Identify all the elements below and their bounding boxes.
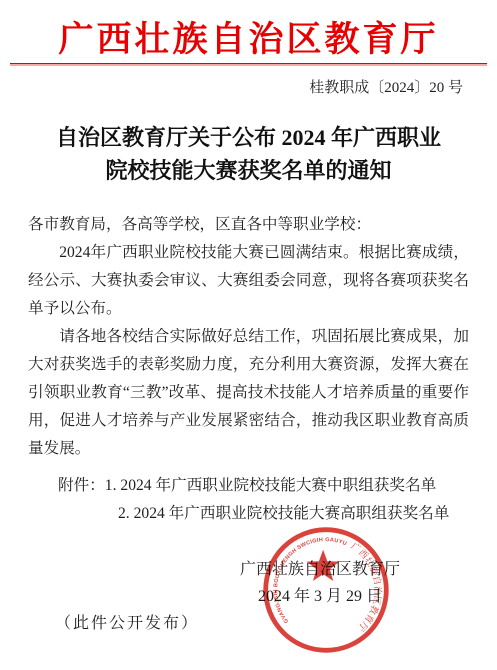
document-body: 各市教育局，各高等学校，区直各中等职业学校： 2024年广西职业院校技能大赛已圆… xyxy=(28,211,469,463)
signature-block: 广西壮族自治区教育厅 2024 年 3 月 29 日 xyxy=(240,556,400,610)
body-paragraph-2: 请各地各校结合实际做好总结工作，巩固拓展比赛成果，加大对获奖选手的表彰奖励力度，… xyxy=(28,323,469,463)
attachments-label: 附件： xyxy=(58,477,105,494)
official-document-page: 广西壮族自治区教育厅 桂教职成〔2024〕20 号 自治区教育厅关于公布 202… xyxy=(0,0,497,670)
attachments-list: 附件：1. 2024 年广西职业院校技能大赛中职组获奖名单 2. 2024 年广… xyxy=(58,472,449,528)
masthead-divider xyxy=(10,63,487,66)
document-title-line2: 院校技能大赛获奖名单的通知 xyxy=(0,154,497,187)
document-title-line1: 自治区教育厅关于公布 2024 年广西职业 xyxy=(0,121,497,154)
public-release-note: （此件公开发布） xyxy=(55,610,199,633)
document-title: 自治区教育厅关于公布 2024 年广西职业 院校技能大赛获奖名单的通知 xyxy=(0,121,497,187)
document-number: 桂教职成〔2024〕20 号 xyxy=(309,76,463,97)
signing-agency: 广西壮族自治区教育厅 xyxy=(240,556,400,583)
masthead-agency-title: 广西壮族自治区教育厅 xyxy=(0,12,497,62)
attachment-item-1: 附件：1. 2024 年广西职业院校技能大赛中职组获奖名单 xyxy=(58,472,449,500)
attachment-item-1-text: 1. 2024 年广西职业院校技能大赛中职组获奖名单 xyxy=(105,477,436,494)
body-paragraph-1: 2024年广西职业院校技能大赛已圆满结束。根据比赛成绩，经公示、大赛执委会审议、… xyxy=(28,239,469,323)
attachment-item-2: 2. 2024 年广西职业院校技能大赛高职组获奖名单 xyxy=(58,500,449,528)
salutation: 各市教育局，各高等学校，区直各中等职业学校： xyxy=(28,211,469,239)
signing-date: 2024 年 3 月 29 日 xyxy=(240,583,400,610)
